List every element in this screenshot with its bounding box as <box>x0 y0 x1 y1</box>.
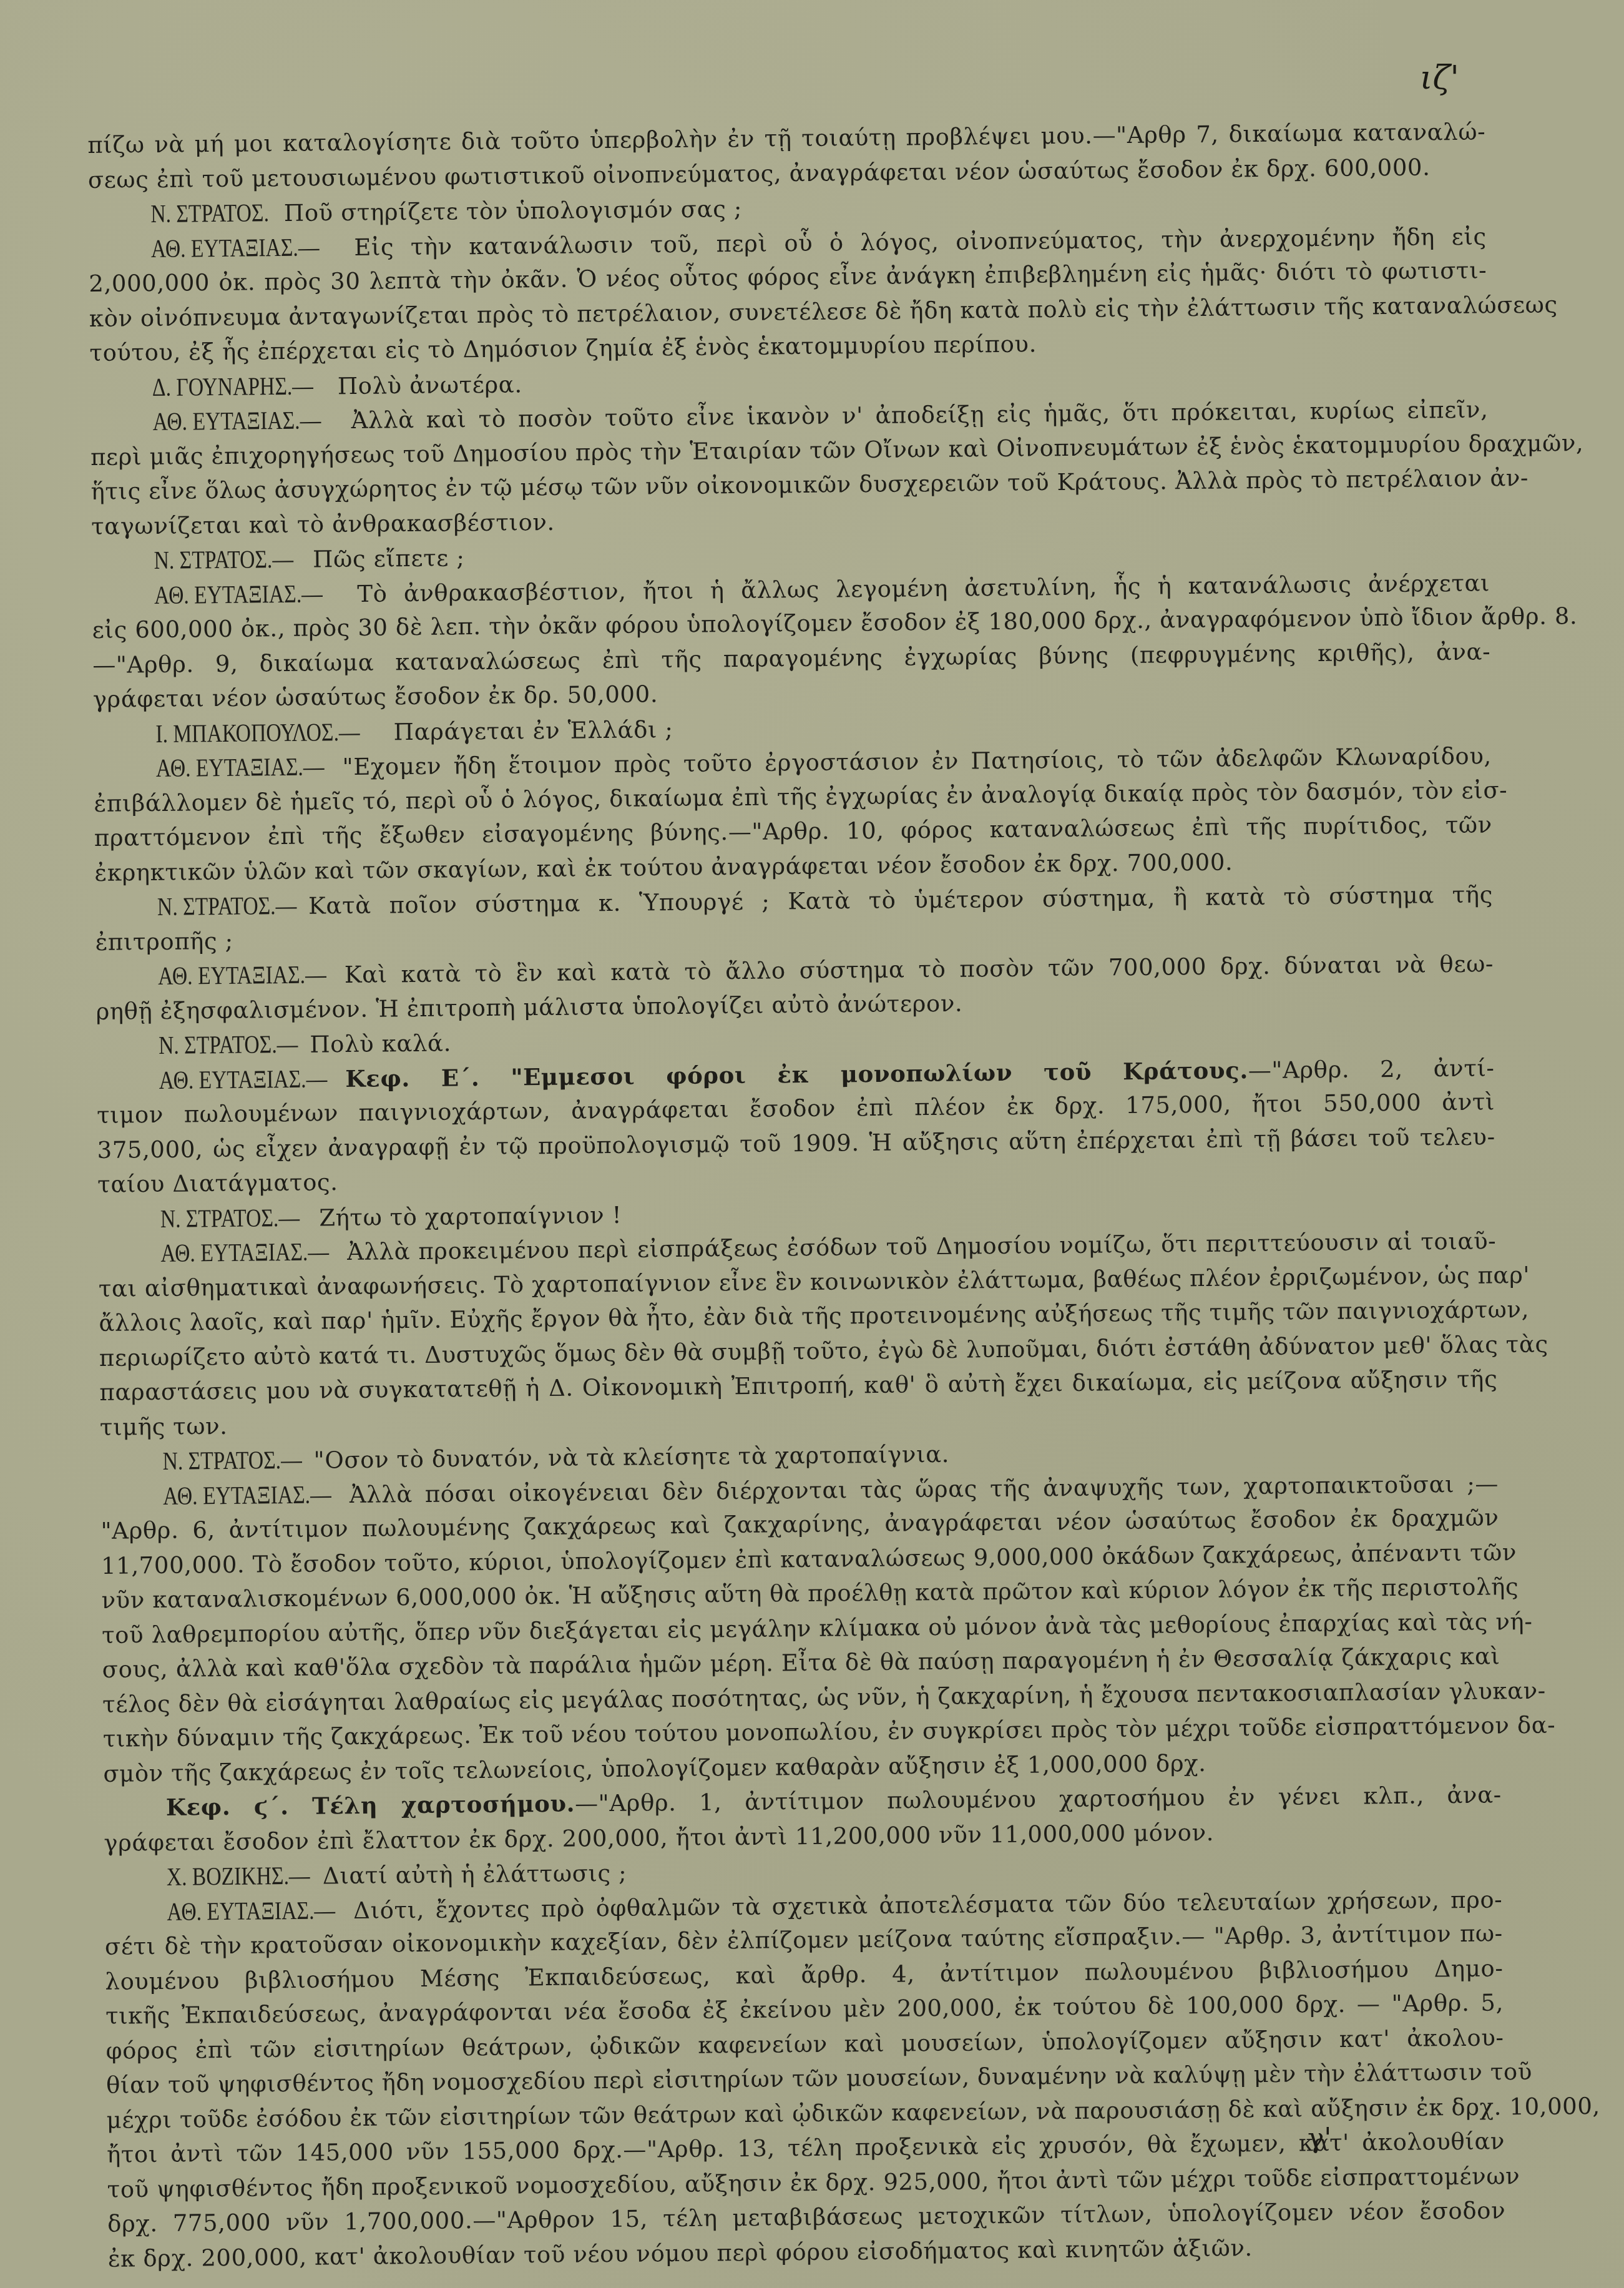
line-text: τούτου, ἐξ ἧς ἐπέρχεται εἰς τὸ Δημόσιον … <box>89 330 1037 366</box>
speaker-name: Ν. ΣΤΡΑΤΟΣ.— <box>162 1443 302 1479</box>
speaker-name: ΑΘ. ΕΥΤΑΞΙΑΣ.— <box>152 403 321 439</box>
line-text: ἐπιτροπῆς ; <box>95 927 233 955</box>
line-text: ταίου Διατάγματος. <box>97 1169 338 1198</box>
speaker-name: Ν. ΣΤΡΑΤΟΣ.— <box>160 1200 300 1236</box>
line-text: Ζήτω τὸ χαρτοπαίγνιον ! <box>311 1201 622 1231</box>
line-text: Διατί αὐτὴ ἡ ἐλάττωσις ; <box>323 1860 627 1890</box>
line-text: —"Αρθρ. 2, ἀντί- <box>1248 1054 1495 1084</box>
line-text: —"Αρθρ. 1, ἀντίτιμον πωλουμένου χαρτοσήμ… <box>575 1781 1502 1817</box>
speaker-name: ΑΘ. ΕΥΤΑΞΙΑΣ.— <box>160 1234 329 1270</box>
speaker-name: Χ. ΒΟΖΙΚΗΣ.— <box>167 1858 310 1895</box>
line-text: Πολὺ ἀνωτέρα. <box>330 371 522 400</box>
chapter-heading: Κεφ. ϛ΄. Τέλη χαρτοσήμου. <box>166 1790 575 1821</box>
speaker-name: Ν. ΣΤΡΑΤΟΣ. <box>150 195 269 231</box>
speaker-name: ΑΘ. ΕΥΤΑΞΙΑΣ.— <box>158 957 326 993</box>
speaker-name: ΑΘ. ΕΥΤΑΞΙΑΣ.— <box>151 230 320 266</box>
speaker-name: Ι. ΜΠΑΚΟΠΟΥΛΟΣ.— <box>155 714 360 751</box>
signature-mark: γ' <box>1308 2123 1331 2154</box>
line-text: σμὸν τῆς ζακχάρεως ἐν τοῖς τελωνείοις, ὑ… <box>103 1749 1206 1787</box>
line-text: ταγωνίζεται καὶ τὸ ἀνθρακασβέστιον. <box>91 508 555 539</box>
speaker-name: Ν. ΣΤΡΑΤΟΣ.— <box>157 888 297 925</box>
line-text: Πῶς εἴπετε ; <box>305 544 465 572</box>
line-text: τιμῆς των. <box>100 1412 228 1440</box>
line-text: Καὶ κατὰ τὸ ἓν καὶ κατὰ τὸ ἄλλο σύστημα … <box>345 950 1494 988</box>
speaker-name: Ν. ΣΤΡΑΤΟΣ.— <box>154 542 293 578</box>
line-text: Παράγεται ἐν Ἑλλάδι ; <box>386 716 673 745</box>
line-text: ρηθῇ ἐξησφαλισμένον. Ἡ ἐπιτροπὴ μάλιστα … <box>95 989 962 1024</box>
speaker-name: Ν. ΣΤΡΑΤΟΣ.— <box>159 1027 298 1063</box>
speaker-name: ΑΘ. ΕΥΤΑΞΙΑΣ.— <box>167 1893 335 1929</box>
line-text: Ποῦ στηρίζετε τὸν ὑπολογισμόν σας ; <box>276 195 742 227</box>
line-text: γράφεται ἔσοδον ἐπὶ ἔλαττον ἐκ δρχ. 200,… <box>104 1819 1214 1856</box>
chapter-heading: Κεφ. Ε΄. "Εμμεσοι φόροι ἐκ μονοπωλίων το… <box>345 1056 1248 1092</box>
speaker-name: ΑΘ. ΕΥΤΑΞΙΑΣ.— <box>154 576 323 612</box>
line-text: Πολὺ καλά. <box>310 1029 451 1058</box>
line-text: γράφεται νέον ὡσαύτως ἔσοδον ἐκ δρ. 50,0… <box>93 680 658 713</box>
speaker-name: ΑΘ. ΕΥΤΑΞΙΑΣ.— <box>156 749 325 785</box>
document-body: πίζω νὰ μή μοι καταλογίσητε διὰ τοῦτο ὑπ… <box>87 114 1506 2276</box>
speaker-name: ΑΘ. ΕΥΤΑΞΙΑΣ.— <box>159 1061 327 1097</box>
page-number: ιζ' <box>1420 59 1459 97</box>
speaker-name: ΑΘ. ΕΥΤΑΞΙΑΣ.— <box>163 1477 331 1513</box>
line-text: "Οσον τὸ δυνατόν, νὰ τὰ κλείσητε τὰ χαρτ… <box>314 1441 950 1474</box>
line-text: ἐκ δρχ. 200,000, κατ' ἀκολουθίαν τοῦ νέο… <box>108 2234 1253 2272</box>
speaker-name: Δ. ΓΟΥΝΑΡΗΣ.— <box>152 368 313 405</box>
